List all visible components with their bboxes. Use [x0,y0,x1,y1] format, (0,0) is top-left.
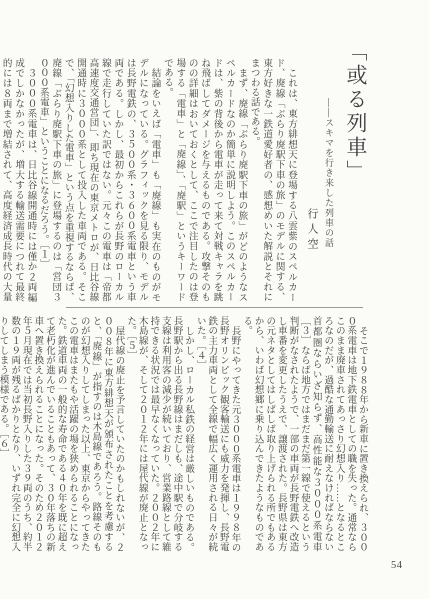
bottom-body-text: そこで１９８８年から新車に置き換えられ、３０００系電車は地下鉄電車としての職を失… [0,314,367,552]
page-number: 54 [391,560,403,571]
page-subtitle: ――スキマを行き来した列車の話 [323,34,335,302]
paragraph: しかし、ローカル私鉄の経営は厳しいものである。長野駅から出る長野線はまだしも、途… [124,316,194,552]
paragraph: 屋代線の廃止を予言していたのかもしれないが、２００８年に東方緋想天が頒布されたこ… [0,316,124,552]
page-title: 「或る列車」 [343,34,369,302]
author-name: 行人空 [305,34,319,302]
paragraph: ３０００系電車は、日比谷線開通時には僅か２両編成でしかなかったが、増大する輸送需… [0,58,36,302]
section-divider [66,307,363,308]
document-page: 「或る列車」 ――スキマを行き来した列車の話 行人空 これは、東方緋想天に登場す… [0,0,429,599]
paragraph: まず、廃線「ぶらり廃駅下車の旅」がどのようなスペルカードなのか簡単に説明しよう。… [161,58,248,302]
essay-bottom-section: そこで１９８８年から新車に置き換えられ、３０００系電車は地下鉄電車としての職を失… [71,314,367,554]
paragraph: これは、東方緋想天に登場する八雲紫のスペルカード、廃線「ぶらり廃駅下車の旅」のモ… [247,58,297,302]
essay-top-section: 「或る列車」 ――スキマを行き来した列車の話 行人空 これは、東方緋想天に登場す… [63,34,373,302]
paragraph: そこで１９８８年から新車に置き換えられ、３０００系電車は地下鉄電車としての職を失… [239,316,367,552]
paragraph: 長野にやってきた元３０００系電車は１９９８年の長野オリンピック観客輸送にも威力を… [193,316,239,552]
paragraph: 結論をいえば「電車」も「廃線」も実在のものがモデルになっている。グラフィックを見… [36,58,160,302]
top-body-text: これは、東方緋想天に登場する八雲紫のスペルカード、廃線「ぶらり廃駅下車の旅」のモ… [0,34,297,302]
